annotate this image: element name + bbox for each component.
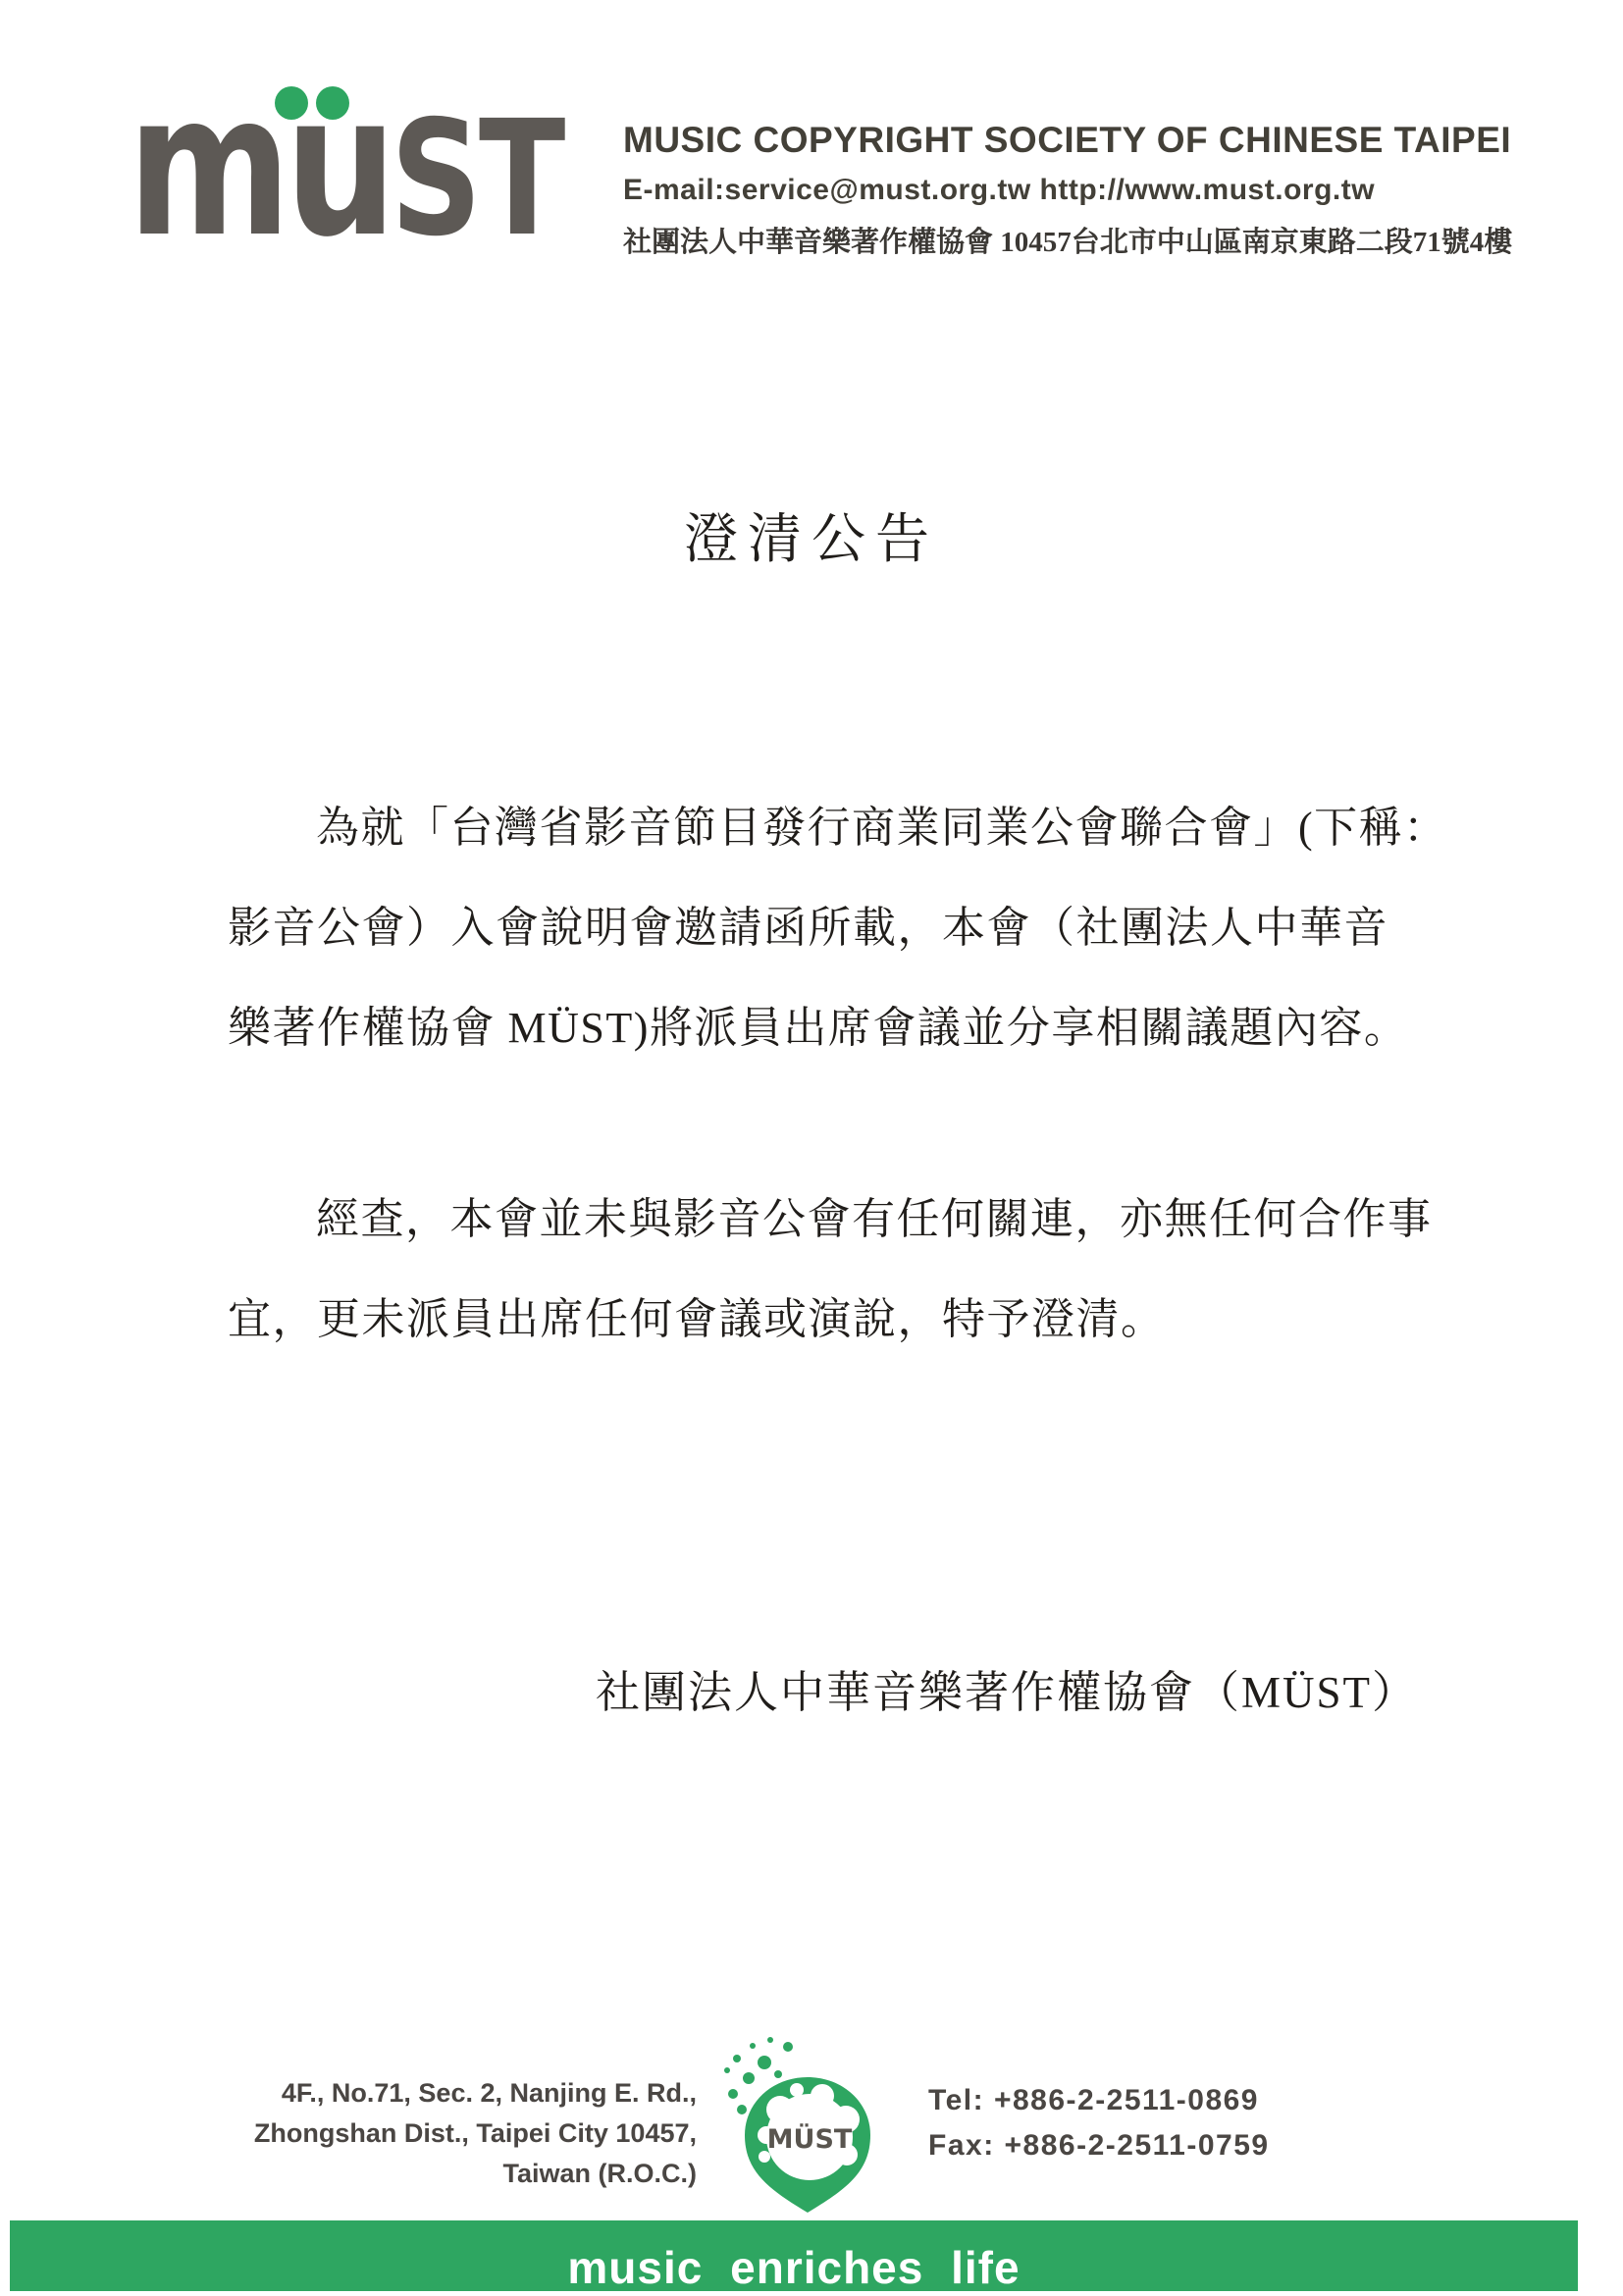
logo-letter-u: u	[285, 52, 391, 281]
document-title: 澄清公告	[0, 496, 1623, 573]
logo-letter-m: m	[128, 52, 285, 281]
email-and-website-line: E-mail:service@must.org.tw http://www.mu…	[623, 174, 1512, 207]
tagline-bar: music enriches life	[10, 2220, 1578, 2291]
body-line: 宜，更未派員出席任何會議或演說，特予澄清。	[228, 1270, 1420, 1370]
must-logo-letters: muST	[128, 69, 497, 265]
letter-page: muST MUSIC COPYRIGHT SOCIETY OF CHINESE …	[0, 0, 1623, 2296]
letterhead-block: MUSIC COPYRIGHT SOCIETY OF CHINESE TAIPE…	[623, 120, 1512, 260]
fax-line: Fax: +886-2-2511-0759	[928, 2123, 1270, 2168]
tel-line: Tel: +886-2-2511-0869	[928, 2078, 1270, 2123]
must-logo: muST	[128, 69, 589, 265]
paragraph-2: 經查，本會並未與影音公會有任何關連，亦無任何合作事 宜，更未派員出席任何會議或演…	[228, 1170, 1420, 1370]
tagline-text: music enriches life	[10, 2245, 1578, 2290]
body-line: 為就「台灣省影音節目發行商業同業公會聯合會」(下稱：	[228, 778, 1420, 878]
must-pick-logo-icon: MÜST	[721, 2034, 883, 2218]
paragraph-1: 為就「台灣省影音節目發行商業同業公會聯合會」(下稱： 影音公會）入會說明會邀請函…	[228, 778, 1420, 1078]
letter-body: 為就「台灣省影音節目發行商業同業公會聯合會」(下稱： 影音公會）入會說明會邀請函…	[228, 778, 1420, 1370]
signature-line: 社團法人中華音樂著作權協會（MÜST）	[596, 1656, 1418, 1720]
logo-letters-st: ST	[391, 87, 562, 272]
pick-logo-text: MÜST	[767, 2122, 853, 2155]
org-name-english: MUSIC COPYRIGHT SOCIETY OF CHINESE TAIPE…	[623, 120, 1512, 161]
org-name-address-chinese: 社團法人中華音樂著作權協會 10457台北市中山區南京東路二段71號4樓	[623, 220, 1512, 260]
address-line: Taiwan (R.O.C.)	[254, 2154, 697, 2194]
address-line: 4F., No.71, Sec. 2, Nanjing E. Rd.,	[254, 2073, 697, 2113]
body-line: 經查，本會並未與影音公會有任何關連，亦無任何合作事	[228, 1170, 1420, 1270]
footer-address: 4F., No.71, Sec. 2, Nanjing E. Rd., Zhon…	[254, 2073, 697, 2194]
body-line: 樂著作權協會 MÜST)將派員出席會議並分享相關議題內容。	[228, 978, 1420, 1078]
footer-contact: Tel: +886-2-2511-0869 Fax: +886-2-2511-0…	[928, 2078, 1270, 2168]
body-line: 影音公會）入會說明會邀請函所載，本會（社團法人中華音	[228, 878, 1420, 978]
address-line: Zhongshan Dist., Taipei City 10457,	[254, 2113, 697, 2154]
